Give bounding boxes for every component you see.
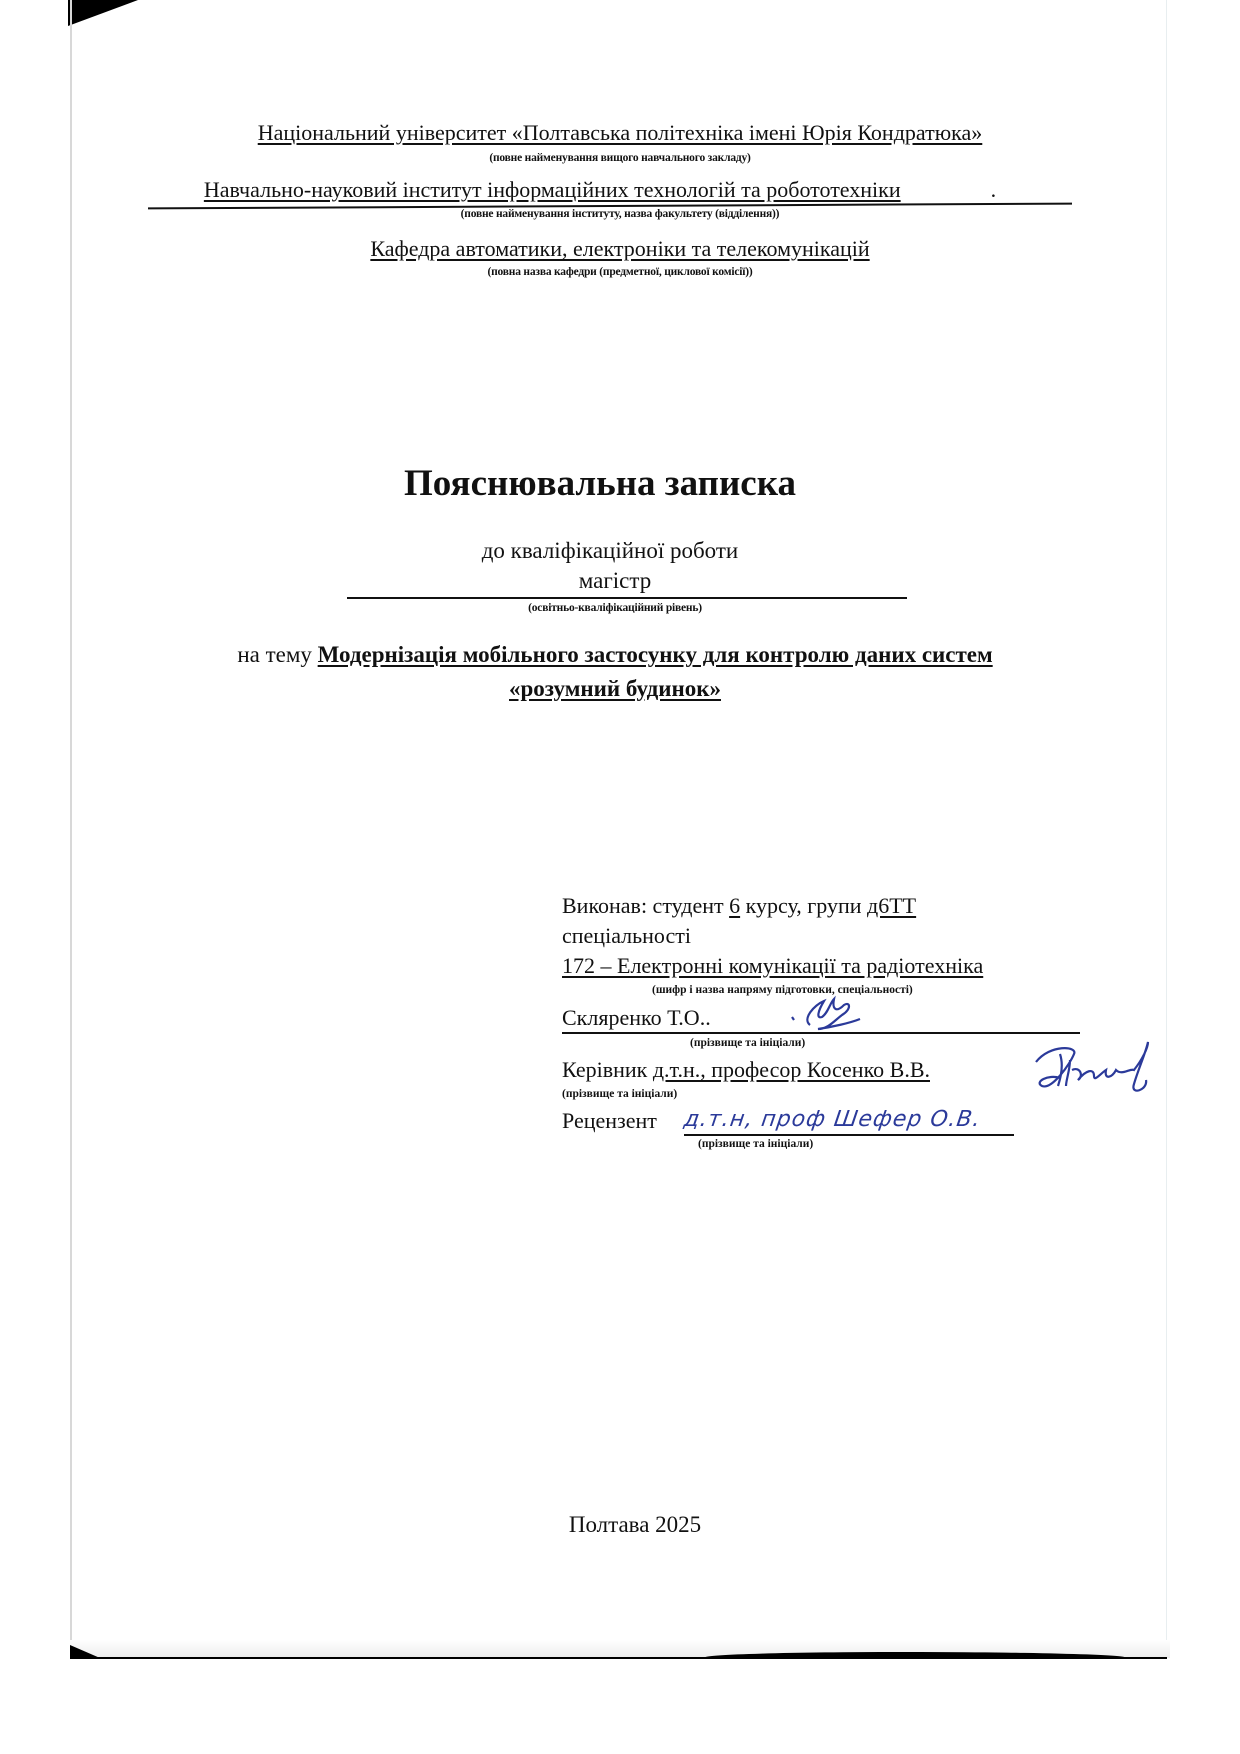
university-note: (повне найменування вищого навчального з… <box>0 152 1240 164</box>
specialty-note: (шифр і назва напряму підготовки, спеціа… <box>652 984 913 996</box>
reviewer-handwritten: д.т.н, проф Шефер О.В. <box>682 1107 982 1132</box>
department-note: (повна назва кафедри (предметної, циклов… <box>0 266 1240 278</box>
city-year: Полтава 2025 <box>15 1512 1240 1538</box>
department-text: Кафедра автоматики, електроніки та телек… <box>370 236 869 261</box>
specialty-value: 172 – Електронні комунікації та радіотех… <box>562 953 983 979</box>
degree-rule <box>347 597 907 599</box>
topic-line-1: на тему Модернізація мобільного застосун… <box>0 642 1235 668</box>
document-page: Національний університет «Полтавська пол… <box>0 0 1240 1754</box>
page-title: Пояснювальна записка <box>0 462 1220 505</box>
topic-prefix: на тему <box>237 642 312 667</box>
university-name: Національний університет «Полтавська пол… <box>0 120 1240 146</box>
author-line: Виконав: студент 6 курсу, групи д6ТТ <box>562 893 916 919</box>
scan-corner-shadow <box>68 0 138 26</box>
group-value: д6ТТ <box>867 893 916 918</box>
topic-title-1: Модернізація мобільного застосунку для к… <box>318 642 993 667</box>
reviewer-rule <box>684 1134 1014 1136</box>
institute-name: Навчально-науковий інститут інформаційни… <box>0 177 1220 203</box>
institute-note: (повне найменування інституту, назва фак… <box>0 208 1240 220</box>
scan-bottom-edge <box>70 1657 1167 1659</box>
specialty-text: 172 – Електронні комунікації та радіотех… <box>562 953 983 978</box>
performed-label: Виконав: студент <box>562 893 724 918</box>
topic-line-2: «розумний будинок» <box>0 676 1235 702</box>
reviewer-note: (прізвище та ініціали) <box>698 1138 813 1150</box>
degree-note: (освітньо-кваліфікаційний рівень) <box>0 602 1235 614</box>
student-name-note: (прізвище та ініціали) <box>690 1037 805 1049</box>
institute-text: Навчально-науковий інститут інформаційни… <box>204 177 901 202</box>
supervisor-value: д.т.н., професор Косенко В.В. <box>653 1057 930 1082</box>
institute-trailing: . <box>991 177 997 202</box>
university-text: Національний університет «Полтавська пол… <box>258 120 983 145</box>
reviewer-label: Рецензент <box>562 1108 657 1134</box>
supervisor-label: Керівник <box>562 1057 647 1082</box>
degree: магістр <box>0 568 1235 594</box>
specialty-label: спеціальності <box>562 923 691 949</box>
course-suffix: курсу, групи <box>746 893 862 918</box>
student-signature-icon <box>788 995 868 1035</box>
subtitle: до кваліфікаційної роботи <box>0 538 1230 564</box>
department-name: Кафедра автоматики, електроніки та телек… <box>0 236 1240 262</box>
course-value: 6 <box>729 893 740 918</box>
supervisor-note: (прізвище та ініціали) <box>562 1088 677 1100</box>
supervisor-line: Керівник д.т.н., професор Косенко В.В. <box>562 1057 930 1083</box>
topic-title-2: «розумний будинок» <box>509 676 721 701</box>
student-name: Скляренко Т.О.. <box>562 1005 711 1031</box>
supervisor-signature-icon <box>1030 1040 1160 1100</box>
